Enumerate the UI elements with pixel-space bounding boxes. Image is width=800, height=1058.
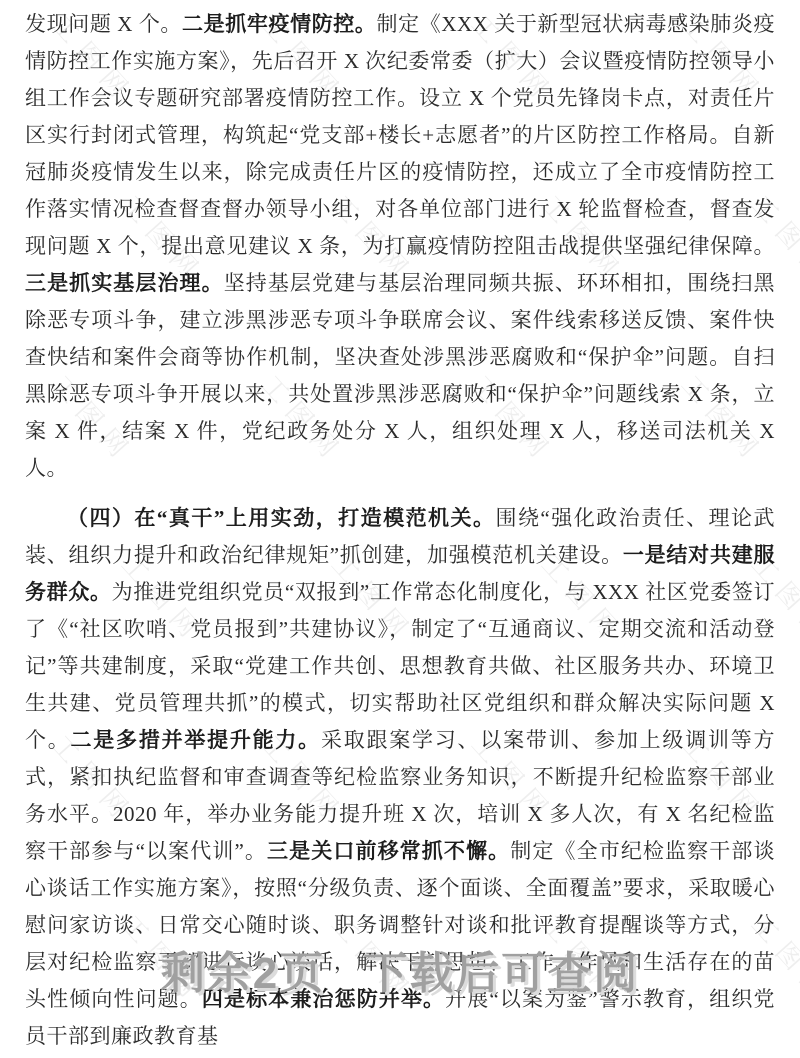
remaining-pages-label: 剩余2页 xyxy=(161,949,325,998)
emphasis-run: 二是抓牢疫情防控。 xyxy=(182,12,376,36)
text-run: 为推进党组织党员“双报到”工作常态化制度化，与 XXX 社区党委签订了《“社区吹… xyxy=(25,580,775,752)
emphasis-run: （四）在“真干”上用实劲，打造模范机关。 xyxy=(67,506,495,530)
document-page: 发现问题 X 个。二是抓牢疫情防控。制定《XXX 关于新型冠状病毒感染肺炎疫情防… xyxy=(0,0,800,1055)
preview-footer: 剩余2页下载后可查阅 xyxy=(0,946,800,1002)
emphasis-run: 三是抓实基层治理。 xyxy=(25,271,224,295)
download-hint-label: 下载后可查阅 xyxy=(363,949,639,998)
document-body: 发现问题 X 个。二是抓牢疫情防控。制定《XXX 关于新型冠状病毒感染肺炎疫情防… xyxy=(25,6,775,1055)
text-run: 制定《XXX 关于新型冠状病毒感染肺炎疫情防控工作实施方案》，先后召开 X 次纪… xyxy=(25,12,775,258)
text-run: 发现问题 X 个。 xyxy=(25,12,182,36)
text-run: 坚持基层党建与基层治理同频共振、环环相扣，围绕扫黑除恶专项斗争，建立涉黑涉恶专项… xyxy=(25,271,775,480)
emphasis-run: 三是关口前移常抓不懈。 xyxy=(267,839,510,863)
emphasis-run: 二是多措并举提升能力。 xyxy=(71,728,321,752)
paragraph-1: 发现问题 X 个。二是抓牢疫情防控。制定《XXX 关于新型冠状病毒感染肺炎疫情防… xyxy=(25,6,775,487)
